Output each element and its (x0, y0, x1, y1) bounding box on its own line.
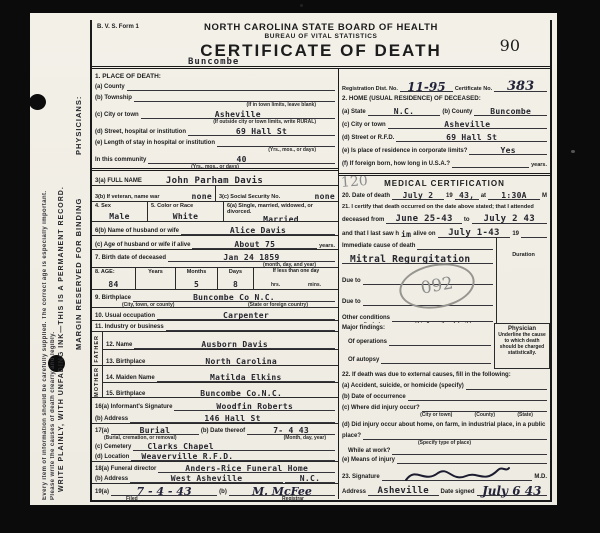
bureau-subtitle: BUREAU OF VITAL STATISTICS (92, 33, 550, 40)
board-title: NORTH CAROLINA STATE BOARD OF HEALTH (92, 22, 550, 33)
due-to-1-label: Due to (342, 278, 361, 285)
physician-instruction-box: Physician Underline the cause to which d… (494, 323, 550, 369)
residence-corporate-label: (e) Is place of residence in corporate l… (342, 148, 467, 155)
row-spouse: 6(b) Name of husband or wife Alice Davis (92, 222, 338, 236)
birthplace-label: 9. Birthplace (95, 295, 131, 302)
informant-address-label: (b) Address (95, 416, 128, 423)
last-saw-him-typed: im (401, 231, 411, 239)
place-city-value: Asheville (215, 111, 261, 119)
birthplace-value: Buncombe Co N.C. (193, 294, 275, 302)
immediate-cause-line (417, 249, 493, 250)
scan-speck (571, 150, 575, 153)
row-industry: 11. Industry or business (92, 321, 338, 332)
industry-label: 11. Industry or business (95, 324, 164, 331)
spouse-label: 6(b) Name of husband or wife (95, 228, 179, 235)
physician-signature-scribble (402, 464, 512, 484)
right-column: Registration Dist. No. 11-95 Certificate… (339, 69, 550, 499)
section-informant: 16(a) Informant's Signature Woodfin Robe… (92, 398, 338, 424)
father-name-value: Ausborn Davis (201, 341, 268, 349)
mother-name-line: Matilda Elkins (157, 373, 335, 382)
signed-address-label: Address (342, 489, 366, 496)
residence-street-line: 69 Hall St (396, 133, 547, 142)
burial-date-value: 7- 4 43 (273, 427, 309, 435)
date-signed-value: July 6 43 (482, 485, 541, 497)
row-age-table: 8. AGE: 84 Years Months 5 Days (92, 268, 338, 290)
burial-date-line: 7- 4 43 (247, 426, 335, 435)
section-mother: MOTHER 14. Maiden Name Matilda Elkins 15… (92, 366, 338, 398)
attended-to-value: July 2 43 (484, 215, 535, 224)
occupation-line: Carpenter (157, 311, 335, 320)
spouse-age-suffix: years. (319, 243, 335, 249)
row-registration: Registration Dist. No. 11-95 Certificate… (339, 69, 550, 92)
burial-date-label: (b) Date thereof (201, 428, 245, 435)
residence-foreign-label: (f) If foreign born, how long in U.S.A.? (342, 161, 450, 168)
external-c-note-city: (City or town) (420, 412, 452, 418)
burial-location-line: Weaverville R.F.D. (131, 452, 335, 461)
operations-label: Of operations (342, 339, 387, 346)
section-funeral-director: 18(a) Funeral director Anders-Rice Funer… (92, 462, 338, 484)
residence-street-value: 69 Hall St (446, 134, 497, 142)
residence-state-label: (a) State (342, 109, 366, 116)
section-father: FATHER 12. Name Ausborn Davis 13. Birthp… (92, 332, 338, 366)
cemetery-line: Clarks Chapel (133, 442, 335, 451)
spouse-line: Alice Davis (181, 226, 335, 235)
major-findings-label: Major findings: (342, 325, 385, 332)
external-c-note-county: (County) (475, 412, 496, 418)
row-full-name: 3(a) FULL NAME John Parham Davis (92, 171, 338, 186)
informant-signature-line: Woodfin Roberts (174, 402, 335, 411)
burial-location-value: Weaverville R.F.D. (141, 453, 233, 461)
external-title: 22. If death was due to external causes,… (342, 372, 511, 379)
place-stay-label: (e) Length of stay in hospital or instit… (95, 140, 215, 147)
filed-date-value: 7 - 4 - 43 (137, 486, 192, 497)
signature-md-label: M.D. (534, 474, 547, 481)
father-birthplace-value: North Carolina (205, 358, 277, 366)
external-c-label: (c) Where did injury occur? (342, 405, 420, 412)
pencil-cause-code: 092 (419, 273, 454, 298)
birth-date-value: Jan 24 1859 (223, 254, 279, 262)
funeral-address-line: West Asheville (130, 474, 283, 483)
autopsy-label: Of autopsy (342, 357, 379, 364)
residence-foreign-line (452, 167, 529, 168)
other-conditions-note: (Include pregnancy within 3 months of de… (364, 322, 472, 323)
cemetery-value: Clarks Chapel (147, 443, 214, 451)
father-name-label: 12. Name (106, 342, 132, 349)
row-sex-race-marital: 4. Sex Male 5. Color or Race White 6(a) … (92, 202, 338, 222)
registration-dist-label: Registration Dist. No. (342, 86, 398, 92)
due-to-2-label: Due to (342, 299, 361, 306)
pencil-code-120: 120 (340, 176, 368, 191)
residence-corporate-value: Yes (501, 147, 516, 155)
place-city-note: (If outside city or town limits, write R… (213, 119, 316, 125)
funeral-director-line: Anders-Rice Funeral Home (158, 464, 335, 473)
external-b-label: (b) Date of occurrence (342, 394, 406, 401)
spouse-age-value: About 75 (234, 241, 275, 249)
funeral-state-value: N.C. (300, 475, 320, 483)
mother-side-cell: MOTHER (92, 366, 103, 397)
race-value: White (151, 213, 220, 221)
signature-line (382, 464, 533, 481)
occupation-label: 10. Usual occupation (95, 313, 155, 320)
age-label: 8. AGE: (95, 269, 132, 275)
row-spouse-age: (c) Age of husband or wife if alive Abou… (92, 236, 338, 250)
immediate-cause-label: Immediate cause of death (342, 243, 415, 250)
signature-label: 23. Signature (342, 474, 380, 481)
age-less-label: If less than one day (257, 269, 335, 275)
date-signed-label: Date signed (441, 489, 475, 496)
duration-column: Duration (496, 238, 550, 323)
veteran-label: 3(b) If veteran, name war (95, 194, 160, 200)
certificate-page-number: 90 (500, 36, 520, 55)
residence-city-label: (c) City or town (342, 122, 386, 129)
row-birth-date: 7. Birth date of deceased Jan 24 1859 (m… (92, 250, 338, 268)
death-date-value: July 2 (403, 192, 434, 200)
external-d2-label: place? (342, 433, 361, 440)
attended-from-label: deceased from (342, 217, 384, 224)
veteran-value: none (192, 193, 212, 201)
funeral-state-line: N.C. (285, 474, 335, 483)
place-township-label: (b) Township (95, 95, 132, 102)
marital-label: 6(a) Single, married, widowed, or divorc… (227, 203, 335, 215)
last-saw-line: July 1-43 (438, 228, 511, 238)
certificate-no-value: 383 (507, 80, 534, 92)
while-at-work-line (392, 454, 547, 455)
left-column: 1. PLACE OF DEATH: (a) County (b) Townsh… (92, 69, 339, 499)
place-street-value: 69 Hall St (236, 128, 287, 136)
registration-dist-value: 11-95 (407, 81, 445, 92)
attended-from-value: June 25-43 (396, 215, 453, 224)
industry-line (166, 330, 335, 331)
place-community-line: 40 (148, 155, 335, 164)
ssn-value: none (315, 193, 335, 201)
age-days-value: 8 (221, 281, 250, 289)
spouse-age-label: (c) Age of husband or wife if alive (95, 242, 190, 249)
section-external-causes: 22. If death was due to external causes,… (339, 369, 550, 464)
residence-county-label: (b) County (442, 109, 472, 116)
mother-birthplace-label: 15. Birthplace (106, 391, 145, 398)
row-veteran-ssn: 3(b) If veteran, name war none 3(c) Soci… (92, 186, 338, 202)
place-community-label: In this community (95, 157, 146, 164)
operations-line (389, 345, 491, 346)
burial-date-note: (Month, day, year) (284, 435, 326, 441)
burial-location-label: (d) Location (95, 454, 129, 461)
residence-county-value: Buncombe (490, 108, 531, 116)
signed-address-line: Asheville (368, 486, 438, 496)
ssn-label: 3(c) Social Security No. (219, 194, 280, 200)
filed-date-line: 7 - 4 - 43 (111, 484, 217, 496)
filed-num-label: 19(a) (95, 489, 109, 496)
section-medical: 120 MEDICAL CERTIFICATION 20. Date of de… (339, 176, 550, 323)
death-time-line: 1:30A (488, 191, 540, 200)
filed-b-label: (b) (219, 489, 227, 496)
informant-address-value: 146 Hall St (204, 415, 260, 423)
full-name-label: 3(a) FULL NAME (95, 178, 142, 185)
form-header: B. V. S. Form 1 NORTH CAROLINA STATE BOA… (92, 20, 550, 69)
certificate-no-line: 383 (494, 78, 547, 92)
birthplace-line: Buncombe Co N.C. (133, 293, 335, 302)
section-findings: Major findings: Of operations Of autopsy (339, 323, 550, 369)
death-time-value: 1:30A (501, 192, 527, 200)
spouse-value: Alice Davis (230, 227, 286, 235)
burial-type-line: Burial (111, 426, 199, 435)
cemetery-label: (c) Cemetery (95, 444, 131, 451)
death-year-prefix: 19 (446, 193, 453, 200)
age-hrs-label: hrs. (271, 282, 280, 288)
residence-city-line: Asheville (388, 120, 547, 129)
sex-value: Male (95, 213, 144, 221)
last-saw-value: July 1-43 (448, 229, 499, 238)
father-side-cell: FATHER (92, 332, 103, 365)
age-days-header: Days (221, 269, 250, 275)
age-months-header: Months (179, 269, 214, 275)
race-label: 5. Color or Race (151, 203, 220, 209)
last-saw-label: and that I last saw h (342, 231, 399, 238)
external-d-label: (d) Did injury occur about home, on farm… (342, 422, 545, 429)
section-burial: 17(a) Burial (b) Date thereof 7- 4 43 (B… (92, 424, 338, 462)
county-typed-stamp: Buncombe (188, 57, 239, 67)
certificate-no-label: Certificate No. (455, 86, 492, 92)
registrar-line: M. McFee (229, 484, 335, 496)
section-place-of-death: 1. PLACE OF DEATH: (a) County (b) Townsh… (92, 69, 338, 171)
burial-type-value: Burial (140, 427, 171, 435)
death-date-label: 20. Date of death (342, 193, 390, 200)
while-at-work-label: While at work? (342, 448, 390, 455)
attended-from-line: June 25-43 (386, 214, 461, 224)
scan-speck (300, 4, 303, 7)
other-conditions-label: Other conditions (342, 315, 390, 322)
informant-signature-label: 16(a) Informant's Signature (95, 404, 172, 411)
place-township-note: (If in town limits, leave blank) (247, 102, 316, 108)
place-city-line: Asheville (141, 110, 335, 119)
burial-type-note: (Burial, cremation, or removal) (104, 435, 177, 441)
signed-address-value: Asheville (378, 487, 429, 496)
birth-date-line: Jan 24 1859 (168, 253, 335, 262)
place-community-value: 40 (237, 156, 247, 164)
residence-county-line: Buncombe (474, 107, 547, 116)
residence-foreign-suffix: years. (531, 162, 547, 168)
place-county-line (127, 90, 335, 91)
cause-value-line: Mitral Regurgitation (342, 254, 493, 265)
section-filed: 19(a) 7 - 4 - 43 (b) M. McFee Filed Regi… (92, 484, 338, 501)
duration-label: Duration (497, 238, 550, 258)
funeral-address-label: (b) Address (95, 476, 128, 483)
death-year-value: 43, (459, 192, 474, 200)
row-birthplace: 9. Birthplace Buncombe Co N.C. (City, to… (92, 290, 338, 308)
attended-to-line: July 2 43 (472, 214, 547, 224)
father-side-label: FATHER (94, 335, 100, 363)
place-stay-note: (Yrs., mos., or days) (268, 147, 316, 153)
funeral-director-label: 18(a) Funeral director (95, 466, 156, 473)
age-years-header: Years (139, 269, 172, 275)
funeral-address-value: West Asheville (171, 475, 243, 483)
father-birthplace-line: North Carolina (147, 357, 335, 366)
age-months-value: 5 (179, 281, 214, 289)
mother-side-label: MOTHER (94, 367, 100, 397)
occupation-value: Carpenter (223, 312, 269, 320)
registrar-signature: M. McFee (252, 486, 312, 497)
burial-num-label: 17(a) (95, 428, 109, 435)
death-year-line: 43, (455, 191, 479, 200)
last-saw-year-label: 19 (512, 231, 519, 238)
section-residence: 2. HOME (USUAL RESIDENCE) OF DECEASED: (… (339, 92, 550, 176)
certify-text: 21. I certify that death occurred on the… (342, 204, 534, 210)
external-d-note: (Specify type of place) (418, 440, 471, 446)
residence-corporate-line: Yes (469, 146, 547, 155)
age-years-value: 84 (95, 281, 132, 289)
residence-title: 2. HOME (USUAL RESIDENCE) OF DECEASED: (342, 96, 481, 103)
row-occupation: 10. Usual occupation Carpenter (92, 308, 338, 321)
place-county-label: (a) County (95, 84, 125, 91)
residence-street-label: (d) Street or R.F.D. (342, 135, 394, 142)
father-birthplace-label: 13. Birthplace (106, 359, 145, 366)
physician-box-note: Underline the cause to which death shoul… (497, 332, 547, 356)
external-c-note-state: (State) (517, 412, 533, 418)
death-at-label: at (481, 193, 486, 200)
death-meridiem-label: M (542, 193, 547, 200)
father-name-line: Ausborn Davis (134, 340, 335, 349)
funeral-director-value: Anders-Rice Funeral Home (185, 465, 308, 473)
residence-city-value: Asheville (444, 121, 490, 129)
spouse-age-line: About 75 (192, 240, 317, 249)
place-community-note: (Yrs., mos., or days) (191, 164, 239, 170)
age-mins-label: mins. (308, 282, 321, 288)
informant-address-line: 146 Hall St (130, 414, 335, 423)
external-a-label: (a) Accident, suicide, or homicide (spec… (342, 383, 464, 390)
residence-state-line: N.C. (368, 107, 441, 116)
place-street-line: 69 Hall St (188, 127, 335, 136)
attended-to-label: to (464, 217, 470, 224)
residence-state-value: N.C. (394, 108, 414, 116)
external-a-line (466, 389, 547, 390)
place-title: 1. PLACE OF DEATH: (95, 73, 161, 80)
section-signature: 23. Signature M.D. Address Asheville (339, 464, 550, 498)
informant-signature-value: Woodfin Roberts (216, 403, 293, 411)
medical-title: MEDICAL CERTIFICATION (339, 176, 550, 188)
alive-on-label: alive on (413, 231, 435, 238)
mother-birthplace-line: Buncombe Co.N.C. (147, 389, 335, 398)
sex-label: 4. Sex (95, 203, 144, 209)
date-signed-line: July 6 43 (477, 483, 547, 496)
place-street-label: (d) Street, hospital or institution (95, 129, 186, 136)
means-of-injury-label: (e) Means of injury (342, 457, 395, 464)
cause-value: Mitral Regurgitation (350, 255, 470, 265)
mother-birthplace-value: Buncombe Co.N.C. (200, 390, 282, 398)
death-date-line: July 2 (392, 191, 444, 200)
autopsy-line (381, 363, 491, 364)
full-name-value: John Parham Davis (166, 177, 263, 186)
mother-name-label: 14. Maiden Name (106, 375, 155, 382)
certificate-title: CERTIFICATE OF DEATH (92, 41, 550, 61)
scanned-death-certificate: PHYSICIANS: MARGIN RESERVED FOR BINDING … (0, 0, 600, 533)
certificate-form: B. V. S. Form 1 NORTH CAROLINA STATE BOA… (90, 20, 552, 502)
external-b-line (408, 400, 547, 401)
place-city-label: (c) City or town (95, 112, 139, 119)
registration-dist-line: 11-95 (400, 79, 453, 92)
mother-name-value: Matilda Elkins (210, 374, 282, 382)
birth-date-label: 7. Birth date of deceased (95, 255, 166, 262)
